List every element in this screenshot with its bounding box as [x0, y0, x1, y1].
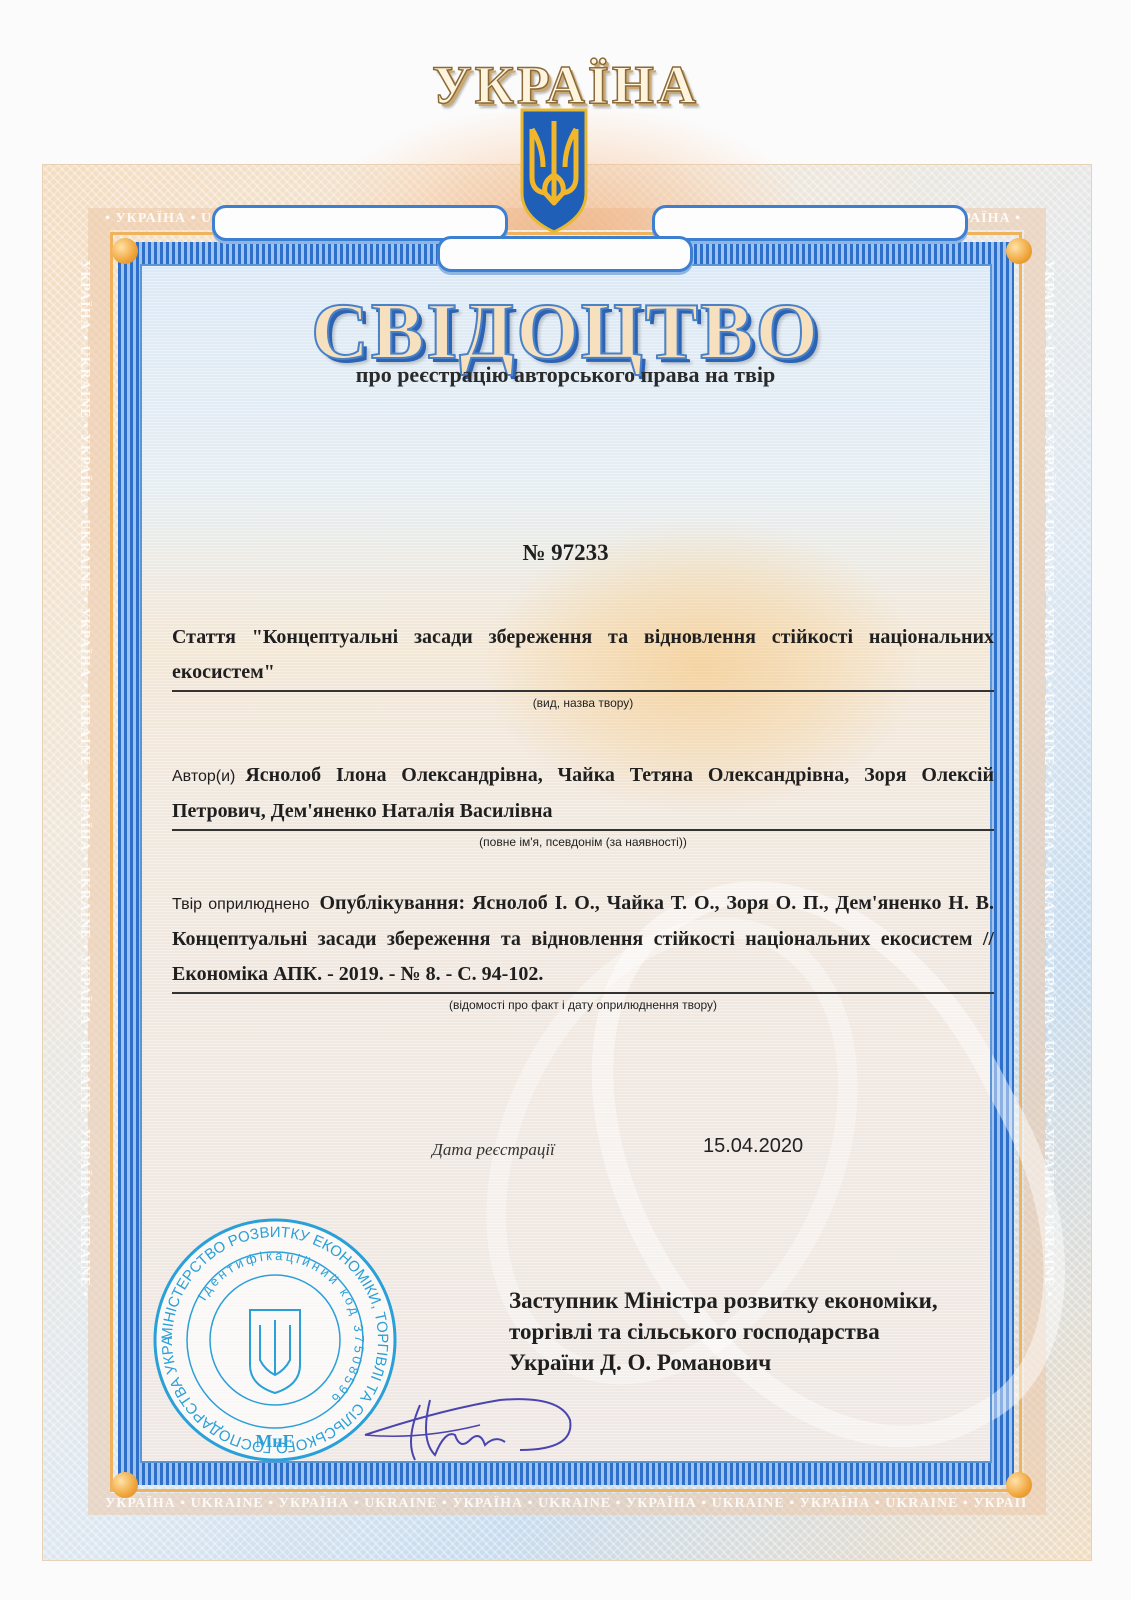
- corner-ornament-icon: [112, 1472, 138, 1498]
- publication-caption: (відомості про факт і дату оприлюднення …: [172, 998, 994, 1012]
- signatory-block: Заступник Міністра розвитку економіки, т…: [509, 1285, 938, 1378]
- coat-of-arms-trident-icon: [519, 107, 589, 235]
- work-caption: (вид, назва твору): [172, 696, 994, 710]
- corner-ornament-icon: [112, 238, 138, 264]
- corner-ornament-icon: [1006, 238, 1032, 264]
- signatory-line-3: України Д. О. Романович: [509, 1347, 938, 1378]
- authors-value: Яснолоб Ілона Олександрівна, Чайка Тетян…: [172, 764, 994, 822]
- publication-label: Твір оприлюднено: [172, 896, 309, 913]
- registration-date: 15.04.2020: [703, 1135, 803, 1158]
- corner-ornament-icon: [1006, 1472, 1032, 1498]
- signatory-line-2: торгівлі та сільського господарства: [509, 1316, 938, 1347]
- work-field: Стаття "Концептуальні засади збереження …: [172, 620, 994, 710]
- authors-caption: (повне ім'я, псевдонім (за наявності)): [172, 835, 994, 849]
- work-underline: [172, 690, 994, 692]
- authors-label: Автор(и): [172, 768, 235, 785]
- certificate-title: СВІДОЦТВО: [0, 292, 1131, 372]
- publication-underline: [172, 992, 994, 994]
- work-title-value: Стаття "Концептуальні засади збереження …: [172, 620, 994, 690]
- publication-field: Твір оприлюдненоОпублікування: Яснолоб І…: [172, 886, 994, 1012]
- registration-date-label: Дата реєстрації: [432, 1140, 555, 1160]
- stamp-logo: МнЕ: [255, 1431, 294, 1451]
- band-text-left: УКРАЇНА • UKRAINE • УКРАЇНА • UKRAINE • …: [76, 260, 92, 1500]
- signatory-line-1: Заступник Міністра розвитку економіки,: [509, 1285, 938, 1316]
- ribbon-banner-center: [437, 236, 693, 272]
- band-text-bottom: УКРАЇНА • UKRAINE • УКРАЇНА • UKRAINE • …: [105, 1496, 1025, 1512]
- ribbon-banner-right: [652, 205, 968, 241]
- signature-icon: [360, 1380, 580, 1470]
- certificate-subtitle: про реєстрацію авторського права на твір: [0, 362, 1131, 388]
- authors-underline: [172, 829, 994, 831]
- certificate-number: № 97233: [0, 540, 1131, 566]
- band-text-top-left: • УКРАЇНА • U: [105, 211, 212, 227]
- authors-field: Автор(и)Яснолоб Ілона Олександрівна, Чай…: [172, 758, 994, 849]
